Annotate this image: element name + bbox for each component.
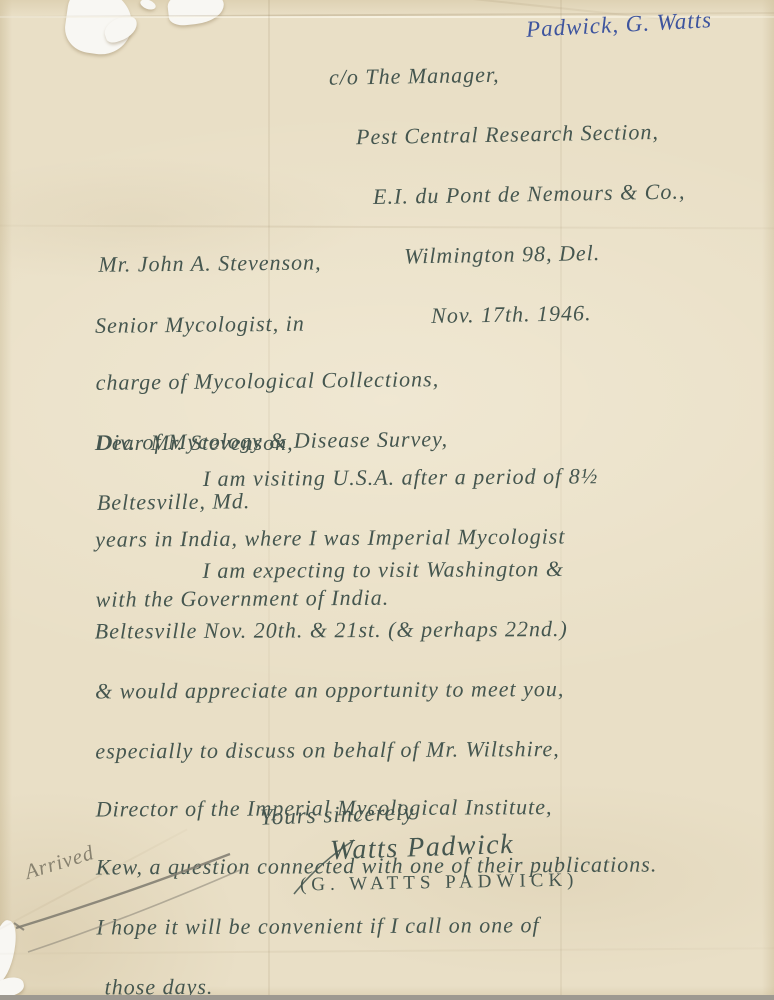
body-line: Beltesville Nov. 20th. & 21st. (& perhap… [95,614,656,647]
recipient-line: Mr. John A. Stevenson, [98,246,450,280]
torn-paper-patch [166,0,225,27]
torn-paper-patch [139,0,157,11]
paragraph-2: I am expecting to visit Washington & Bel… [94,554,657,797]
recipient-line: Senior Mycologist, in [95,307,447,341]
scan-edge [0,995,774,1000]
date-line: Nov. 17th. 1946. [431,296,744,331]
body-line: especially to discuss on behalf of Mr. W… [95,734,656,767]
closing: Yours sincerely [260,799,415,830]
body-line: & would appreciate an opportunity to mee… [95,674,656,707]
sender-address-block: c/o The Manager, Pest Central Research S… [329,57,644,212]
address-line: Wilmington 98, Del. [404,236,717,271]
paragraph-1: I am visiting U.S.A. after a period of 8… [95,461,599,555]
body-line: I am expecting to visit Washington & [94,554,655,587]
pencil-flourish [0,830,260,1000]
address-line: c/o The Manager, [329,57,642,92]
recipient-block: Mr. John A. Stevenson, Senior Mycologist… [94,246,447,400]
recipient-line: charge of Mycological Collections, [95,364,447,398]
owner-annotation: Padwick, G. Watts [525,7,712,43]
fold-crease [0,225,774,230]
letter-scan: Padwick, G. Watts c/o The Manager, Pest … [0,0,774,1000]
address-line: E.I. du Pont de Nemours & Co., [373,177,686,212]
address-line: Pest Central Research Section, [356,117,669,152]
body-line: years in India, where I was Imperial Myc… [95,521,599,555]
signature-printed: (G. WATTS PADWICK) [300,870,579,897]
salutation: Dear Mr. Stevenson, [95,430,294,456]
body-line: I am visiting U.S.A. after a period of 8… [95,461,599,495]
signature-script: Watts Padwick [329,829,514,867]
